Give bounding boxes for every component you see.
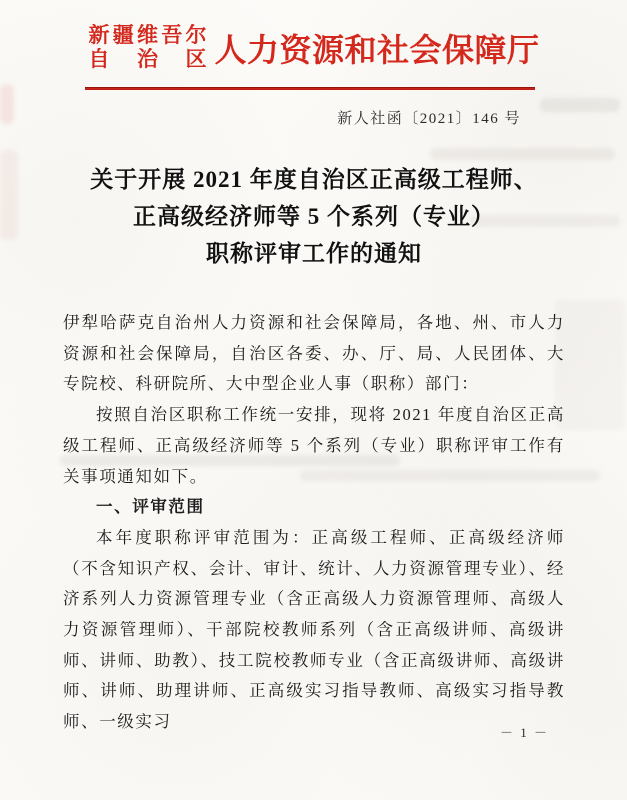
letterhead-department-name: 人力资源和社会保障厅 [214, 25, 539, 71]
letterhead-divider-rule [85, 87, 535, 90]
document-title-line: 关于开展 2021 年度自治区正高级工程师、 [63, 161, 565, 198]
section-heading: 一、评审范围 [63, 492, 565, 523]
letterhead-region-line2: 自治区 [88, 48, 206, 72]
letterhead-region-name: 新疆维吾尔 自治区 [88, 24, 206, 72]
document-body: 伊犁哈萨克自治州人力资源和社会保障局，各地、州、市人力资源和社会保障局，自治区各… [63, 308, 565, 738]
letterhead-region-line1: 新疆维吾尔 [88, 24, 206, 48]
scope-paragraph: 本年度职称评审范围为：正高级工程师、正高级经济师（不含知识产权、会计、审计、统计… [63, 523, 565, 738]
recipients-paragraph: 伊犁哈萨克自治州人力资源和社会保障局，各地、州、市人力资源和社会保障局，自治区各… [63, 308, 565, 400]
intro-paragraph: 按照自治区职称工作统一安排，现将 2021 年度自治区正高级工程师、正高级经济师… [63, 400, 565, 492]
document-number: 新人社函〔2021〕146 号 [63, 107, 565, 128]
document-page: 新疆维吾尔 自治区 人力资源和社会保障厅 新人社函〔2021〕146 号 关于开… [0, 0, 627, 738]
document-title-line: 职称评审工作的通知 [63, 235, 565, 272]
page-number: － 1 － [500, 722, 549, 741]
letterhead: 新疆维吾尔 自治区 人力资源和社会保障厅 [63, 24, 565, 72]
document-title: 关于开展 2021 年度自治区正高级工程师、 正高级经济师等 5 个系列（专业）… [63, 161, 565, 272]
document-title-line: 正高级经济师等 5 个系列（专业） [63, 198, 565, 235]
